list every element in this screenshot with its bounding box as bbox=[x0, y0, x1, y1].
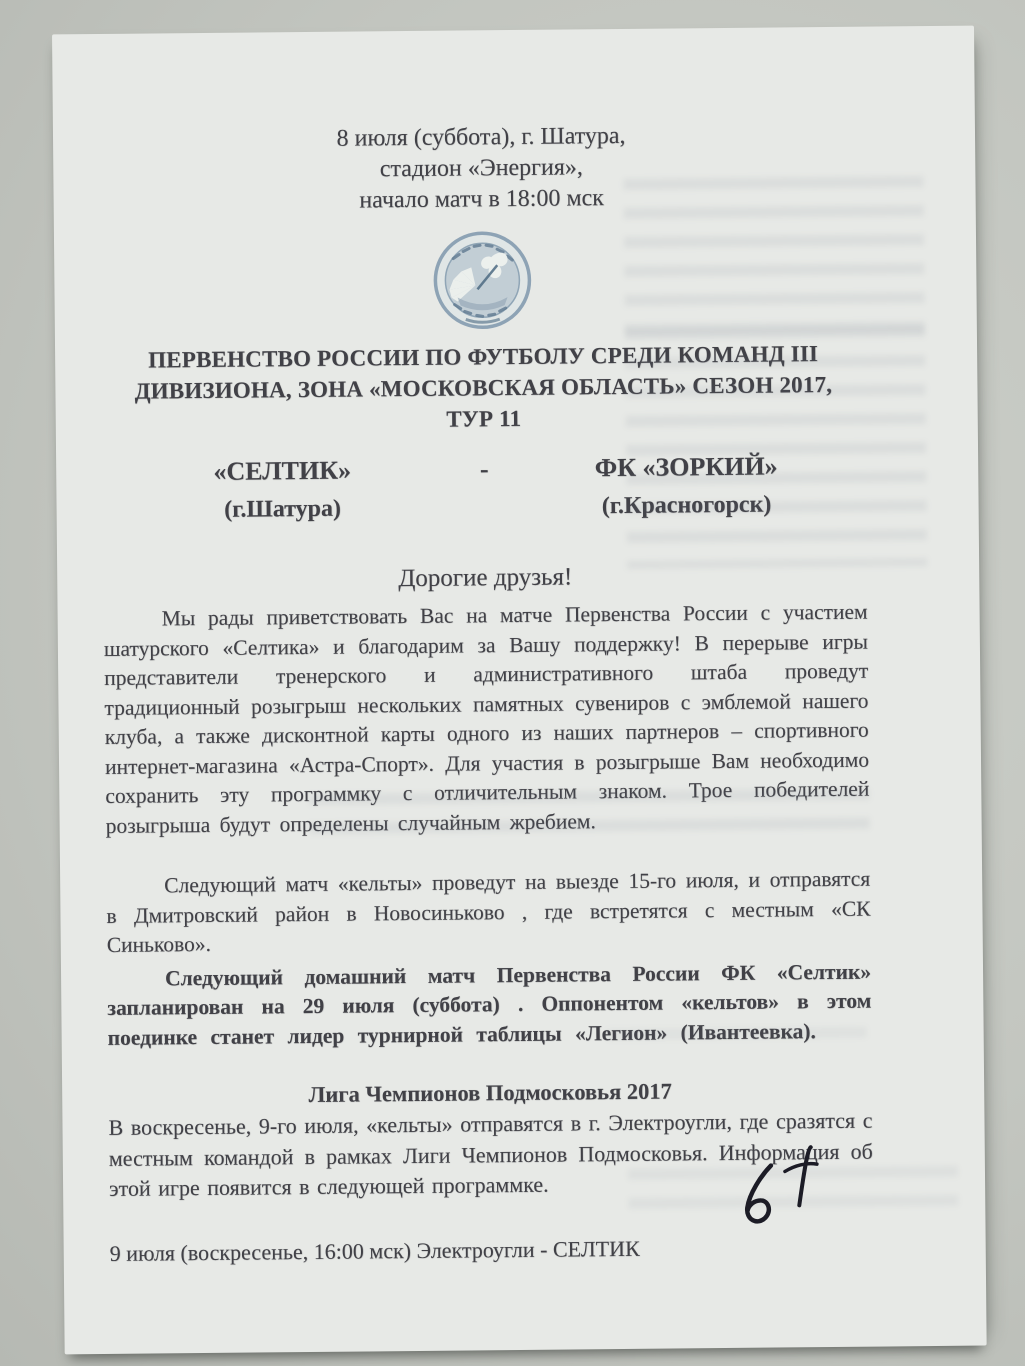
club-emblem-stamp-icon bbox=[431, 227, 534, 334]
club-emblem bbox=[100, 224, 865, 337]
away-match-paragraph: Следующий матч «кельты» проведут на выез… bbox=[106, 865, 871, 961]
greeting-heading: Дорогие друзья! bbox=[103, 561, 867, 596]
team-separator: - bbox=[462, 450, 506, 488]
home-team-name: «СЕЛТИК» bbox=[102, 451, 462, 492]
home-team-city: (г.Шатура) bbox=[102, 489, 462, 530]
away-team-city: (г.Красногорск) bbox=[506, 485, 866, 526]
match-info-header: 8 июля (суббота), г. Шатура, стадион «Эн… bbox=[99, 119, 864, 219]
home-team: «СЕЛТИК» (г.Шатура) bbox=[102, 451, 463, 530]
program-page: 8 июля (суббота), г. Шатура, стадион «Эн… bbox=[52, 26, 987, 1355]
champions-league-heading: Лига Чемпионов Подмосковья 2017 bbox=[108, 1077, 872, 1110]
competition-title: ПЕРВЕНСТВО РОССИИ ПО ФУТБОЛУ СРЕДИ КОМАН… bbox=[101, 338, 866, 438]
away-team-name: ФК «ЗОРКИЙ» bbox=[506, 447, 866, 488]
away-team: ФК «ЗОРКИЙ» (г.Красногорск) bbox=[506, 447, 867, 526]
matchup: «СЕЛТИК» (г.Шатура) - ФК «ЗОРКИЙ» (г.Кра… bbox=[102, 447, 867, 530]
handwritten-mark bbox=[725, 1139, 836, 1250]
home-match-paragraph: Следующий домашний матч Первенства Росси… bbox=[107, 957, 872, 1053]
welcome-paragraph: Мы рады приветствовать Вас на матче Перв… bbox=[104, 598, 870, 841]
kickoff-line: начало матч в 18:00 мск bbox=[99, 181, 863, 219]
